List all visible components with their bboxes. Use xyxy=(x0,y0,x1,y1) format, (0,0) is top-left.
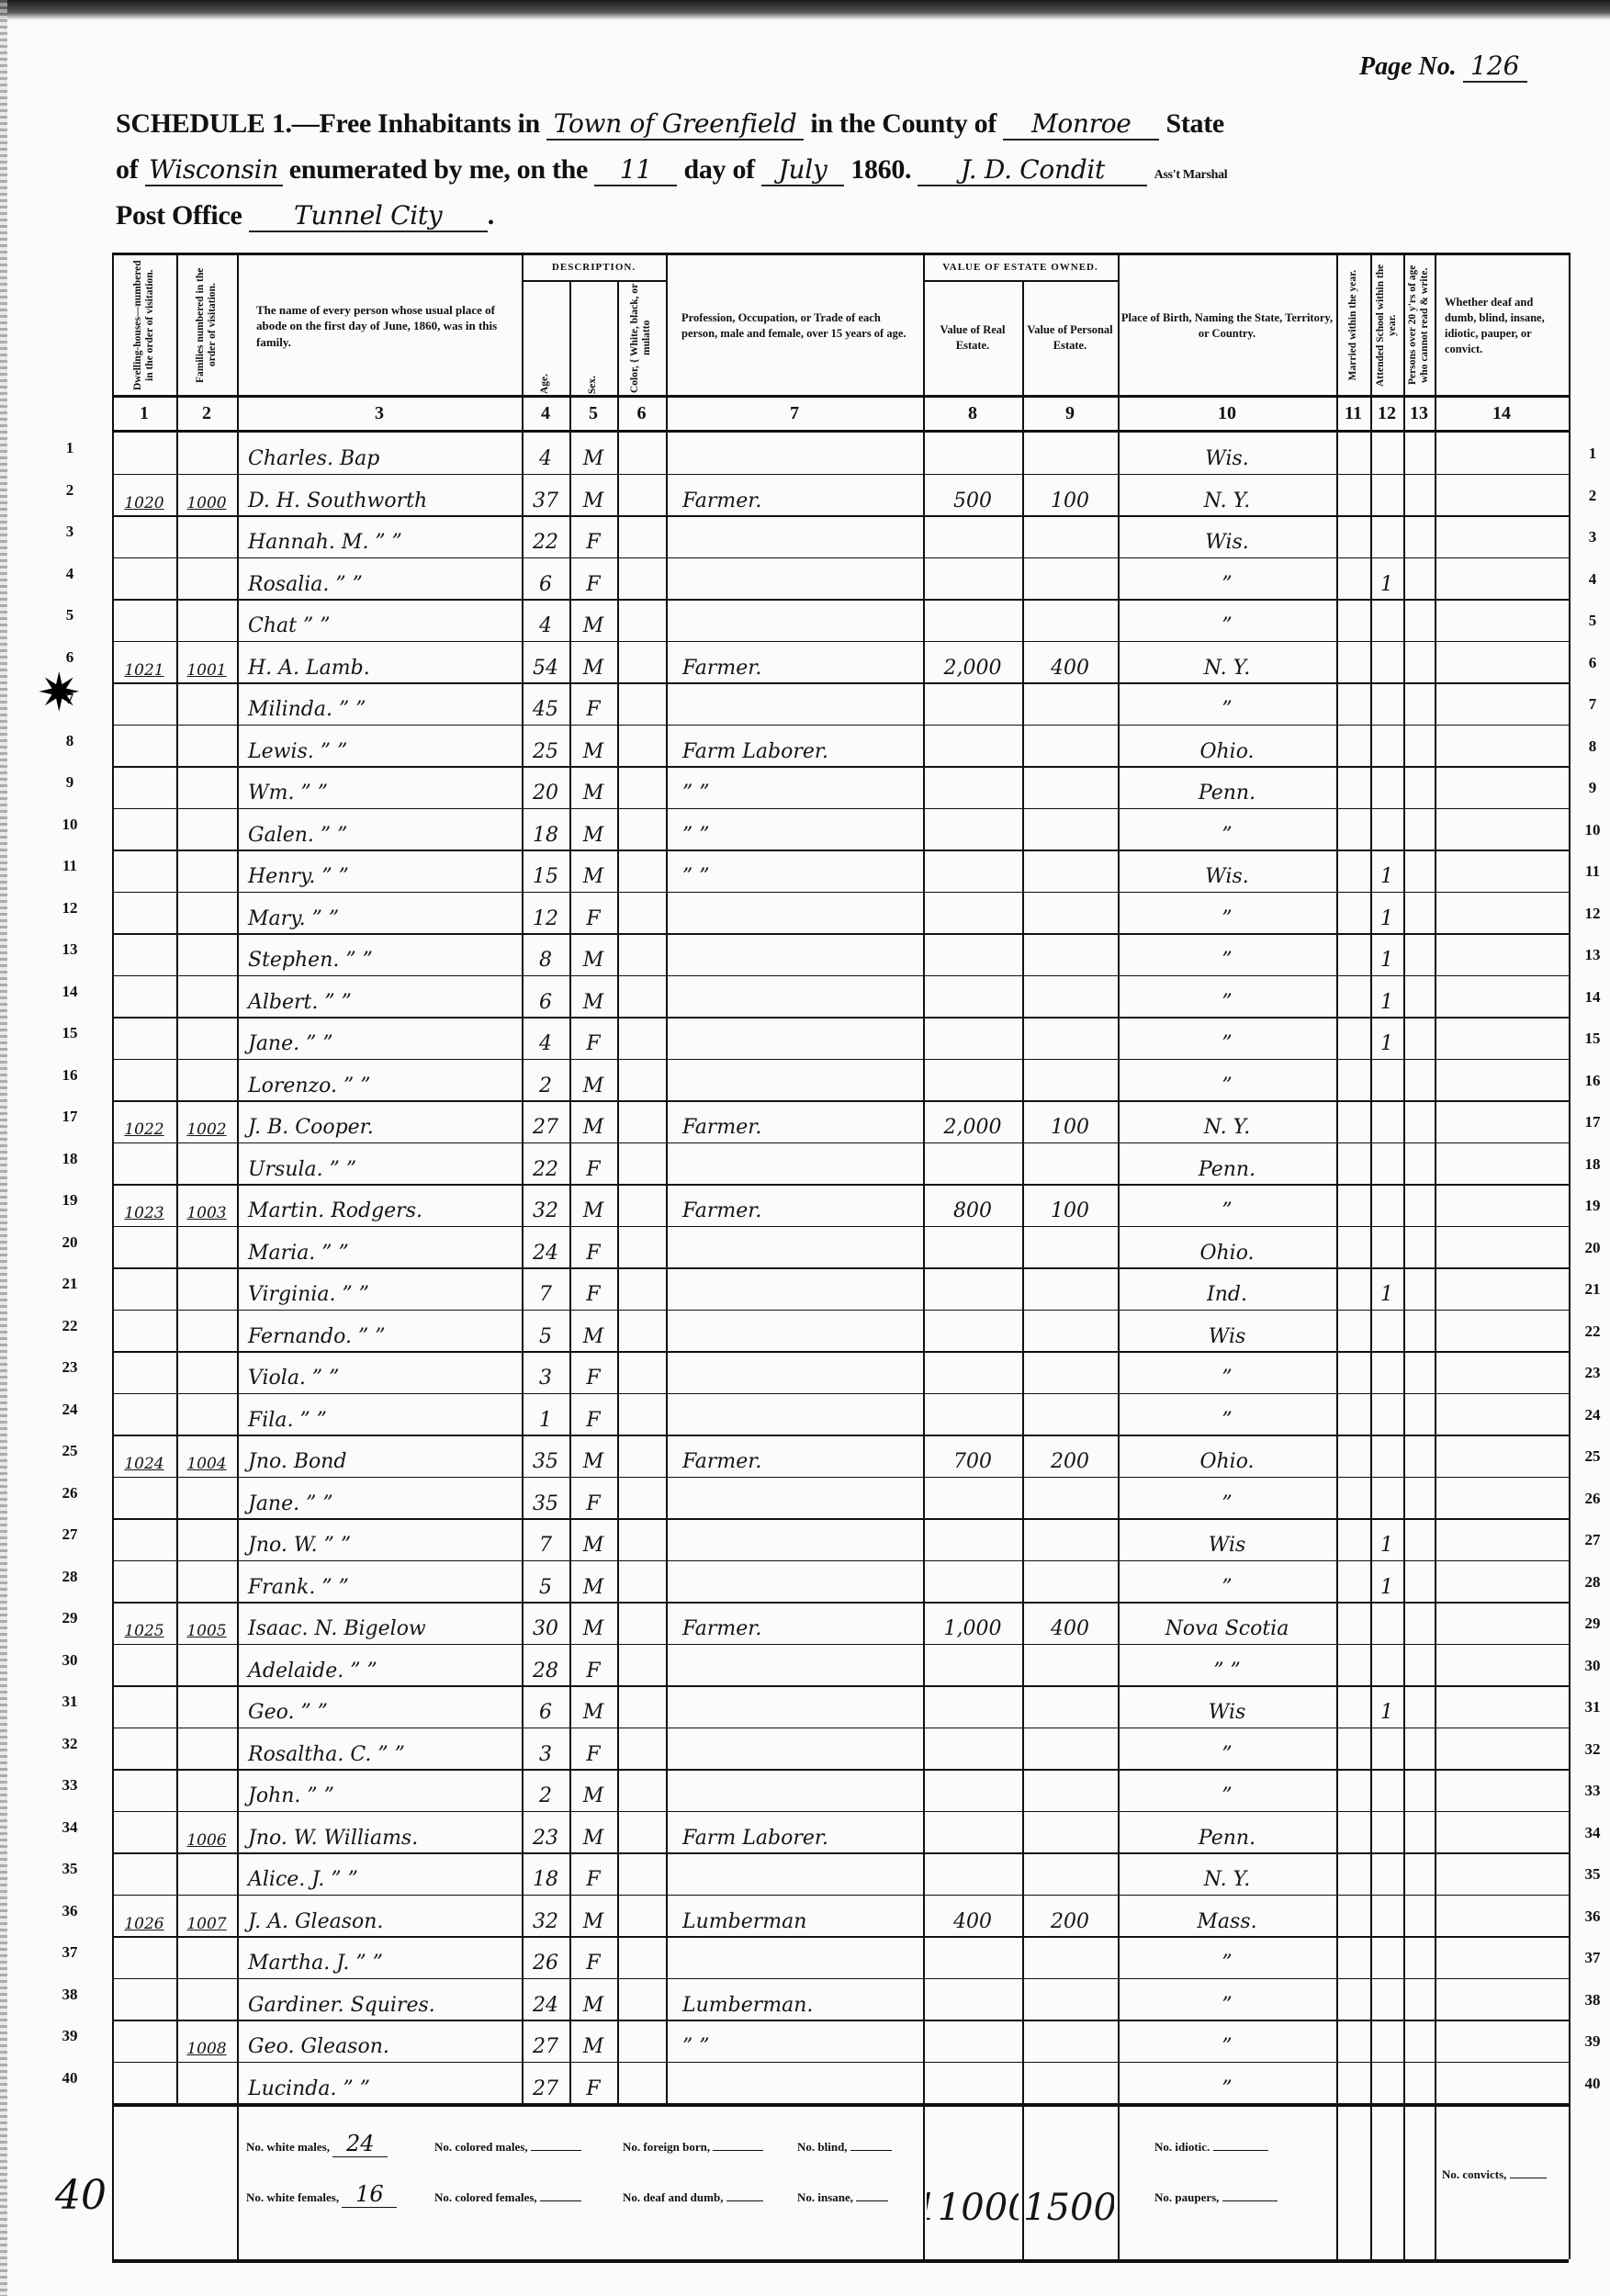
attended-school xyxy=(1374,432,1400,473)
row-number-right: 24 xyxy=(1574,1406,1610,1424)
row-number-right: 4 xyxy=(1574,570,1610,589)
census-table: Dwelling-houses—numbered in the order of… xyxy=(112,253,1569,2264)
row-number-left: 31 xyxy=(51,1693,88,1711)
birthplace: Wis. xyxy=(1121,515,1333,557)
family-number xyxy=(180,1518,233,1559)
person-name: J. A. Gleason. xyxy=(241,1895,518,1936)
row-number-right: 31 xyxy=(1574,1698,1610,1716)
occupation xyxy=(670,1310,919,1351)
attended-school xyxy=(1374,1310,1400,1351)
sex: M xyxy=(573,1895,614,1936)
dwelling-number: 1021 xyxy=(116,641,173,682)
column-rule xyxy=(176,253,178,2103)
row-number-right: 3 xyxy=(1574,528,1610,546)
birthplace: ” xyxy=(1121,1351,1333,1392)
dwelling-number xyxy=(116,892,173,933)
data-bottom-rule xyxy=(112,2103,1569,2107)
column-rule xyxy=(1118,253,1120,2103)
real-estate-value: 500 xyxy=(927,474,1019,515)
dwelling-number xyxy=(116,1769,173,1810)
birthplace: ” xyxy=(1121,1728,1333,1769)
dwelling-number xyxy=(116,1351,173,1392)
sex: F xyxy=(573,1142,614,1184)
row-number-right: 20 xyxy=(1574,1239,1610,1257)
row-number-left: 12 xyxy=(51,899,88,917)
person-name: Viola. ” ” xyxy=(241,1351,518,1392)
column-number: 13 xyxy=(1403,395,1435,432)
dwelling-number xyxy=(116,557,173,599)
person-name: J. B. Cooper. xyxy=(241,1100,518,1142)
sex: F xyxy=(573,2062,614,2103)
table-bottom-rule xyxy=(112,2259,1569,2263)
occupation xyxy=(670,1142,919,1184)
column-number: 5 xyxy=(569,395,617,432)
attended-school xyxy=(1374,682,1400,724)
sex: M xyxy=(573,1602,614,1643)
page-number: Page No. 126 xyxy=(1359,51,1527,83)
dwelling-number xyxy=(116,1728,173,1769)
family-number xyxy=(180,1059,233,1100)
person-name: Charles. Bap xyxy=(241,432,518,473)
family-number xyxy=(180,1017,233,1058)
birthplace: N. Y. xyxy=(1121,1100,1333,1142)
age: 3 xyxy=(525,1728,566,1769)
attended-school xyxy=(1374,1728,1400,1769)
row-number-right: 35 xyxy=(1574,1865,1610,1884)
dwelling-number xyxy=(116,2062,173,2103)
sex: M xyxy=(573,1560,614,1602)
attended-school xyxy=(1374,1142,1400,1184)
column-rule xyxy=(666,253,668,2103)
row-number-left: 24 xyxy=(51,1401,88,1419)
column-number: 11 xyxy=(1336,395,1370,432)
insane-count-label: No. insane, xyxy=(797,2190,853,2204)
column-rule xyxy=(1435,253,1436,2103)
header-color: Color, { White, black, or mulatto xyxy=(620,282,663,394)
real-estate-value xyxy=(927,1852,1019,1894)
person-name: Wm. ” ” xyxy=(241,766,518,807)
header-real-estate-text: Value of Real Estate. xyxy=(926,322,1019,354)
row-number-left: 33 xyxy=(51,1776,88,1795)
occupation: Farmer. xyxy=(670,641,919,682)
real-estate-value xyxy=(927,933,1019,974)
summary-rule xyxy=(1435,2103,1436,2259)
insane-count: No. insane, xyxy=(797,2190,888,2205)
person-name: Jno. W. Williams. xyxy=(241,1811,518,1852)
foreign-born-count: No. foreign born, xyxy=(623,2140,763,2155)
column-rule xyxy=(112,253,114,2103)
deaf-dumb-count: No. deaf and dumb, xyxy=(623,2190,763,2205)
family-number xyxy=(180,1728,233,1769)
header-disability: Whether deaf and dumb, blind, insane, id… xyxy=(1437,257,1566,395)
column-rule xyxy=(923,253,925,2103)
personal-estate-value xyxy=(1026,1936,1114,1977)
person-name: Jno. W. ” ” xyxy=(241,1518,518,1559)
family-number xyxy=(180,975,233,1017)
dwelling-number xyxy=(116,1811,173,1852)
sex: M xyxy=(573,1769,614,1810)
colored-females-count-label: No. colored females, xyxy=(434,2190,537,2204)
personal-estate-value xyxy=(1026,1477,1114,1518)
person-name: Hannah. M. ” ” xyxy=(241,515,518,557)
year-label: 1860. xyxy=(850,154,911,185)
dwelling-number xyxy=(116,1852,173,1894)
birthplace: N. Y. xyxy=(1121,474,1333,515)
personal-estate-value xyxy=(1026,1978,1114,2020)
row-number-left: 17 xyxy=(51,1108,88,1126)
personal-estate-value xyxy=(1026,1769,1114,1810)
personal-estate-value: 100 xyxy=(1026,1100,1114,1142)
attended-school xyxy=(1374,2020,1400,2061)
real-estate-value xyxy=(927,1936,1019,1977)
attended-school: 1 xyxy=(1374,557,1400,599)
family-number xyxy=(180,1769,233,1810)
birthplace: ” xyxy=(1121,808,1333,850)
personal-estate-total: 1500 xyxy=(1026,2167,1114,2232)
dwelling-number xyxy=(116,766,173,807)
row-number-right: 28 xyxy=(1574,1573,1610,1592)
column-rule xyxy=(522,253,524,2103)
occupation: Farmer. xyxy=(670,1100,919,1142)
sex: F xyxy=(573,1351,614,1392)
row-number-left: 25 xyxy=(51,1442,88,1460)
header-age: Age. xyxy=(524,282,567,394)
real-estate-value xyxy=(927,1267,1019,1309)
attended-school xyxy=(1374,1978,1400,2020)
family-number xyxy=(180,682,233,724)
row-number-left: 40 xyxy=(51,2069,88,2088)
summary-rule xyxy=(1118,2103,1120,2259)
family-number: 1006 xyxy=(180,1811,233,1852)
occupation xyxy=(670,1728,919,1769)
row-number-right: 33 xyxy=(1574,1782,1610,1800)
personal-estate-value xyxy=(1026,1310,1114,1351)
occupation xyxy=(670,557,919,599)
real-estate-value xyxy=(927,808,1019,850)
row-number-right: 30 xyxy=(1574,1657,1610,1675)
personal-estate-value xyxy=(1026,515,1114,557)
row-number-left: 29 xyxy=(51,1609,88,1627)
real-estate-total: 11000 xyxy=(927,2167,1019,2232)
family-number: 1005 xyxy=(180,1602,233,1643)
white-females-count: No. white females, 16 xyxy=(246,2181,397,2208)
foreign-born-count-value xyxy=(713,2150,763,2151)
column-number: 3 xyxy=(237,395,522,432)
age: 24 xyxy=(525,1226,566,1267)
town-field: Town of Greenfield xyxy=(546,108,804,141)
age: 25 xyxy=(525,725,566,766)
person-name: Adelaide. ” ” xyxy=(241,1644,518,1685)
occupation xyxy=(670,1393,919,1435)
row-number-right: 39 xyxy=(1574,2032,1610,2051)
row-number-left: 13 xyxy=(51,940,88,959)
row-number-right: 40 xyxy=(1574,2075,1610,2093)
personal-estate-value: 100 xyxy=(1026,1184,1114,1225)
summary-rule xyxy=(112,2103,114,2259)
occupation xyxy=(670,599,919,640)
real-estate-value xyxy=(927,432,1019,473)
age: 12 xyxy=(525,892,566,933)
row-number-right: 18 xyxy=(1574,1155,1610,1174)
column-number: 6 xyxy=(617,395,666,432)
personal-estate-value xyxy=(1026,1393,1114,1435)
column-rule xyxy=(617,280,619,2103)
sex: M xyxy=(573,725,614,766)
family-number xyxy=(180,1267,233,1309)
header-dwelling: Dwelling-houses—numbered in the order of… xyxy=(115,257,174,393)
occupation xyxy=(670,975,919,1017)
age: 7 xyxy=(525,1518,566,1559)
person-name: Albert. ” ” xyxy=(241,975,518,1017)
row-number-left: 18 xyxy=(51,1150,88,1168)
header-married-text: Married within the year. xyxy=(1347,270,1359,380)
row-number-right: 32 xyxy=(1574,1740,1610,1759)
post-office-label: Post Office xyxy=(116,200,242,231)
birthplace: Penn. xyxy=(1121,1142,1333,1184)
attended-school: 1 xyxy=(1374,1267,1400,1309)
row-number-left: 28 xyxy=(51,1568,88,1586)
age: 22 xyxy=(525,1142,566,1184)
occupation: Lumberman. xyxy=(670,1978,919,2020)
person-name: Lorenzo. ” ” xyxy=(241,1059,518,1100)
colored-males-count: No. colored males, xyxy=(434,2140,581,2155)
real-estate-value xyxy=(927,1728,1019,1769)
personal-estate-value xyxy=(1026,682,1114,724)
birthplace: ” xyxy=(1121,892,1333,933)
colored-males-count-value xyxy=(531,2150,581,2151)
family-number xyxy=(180,1142,233,1184)
colored-females-count: No. colored females, xyxy=(434,2190,581,2205)
person-name: Jno. Bond xyxy=(241,1435,518,1476)
person-name: Lewis. ” ” xyxy=(241,725,518,766)
sex: F xyxy=(573,515,614,557)
family-number xyxy=(180,557,233,599)
person-name: Henry. ” ” xyxy=(241,850,518,891)
family-number: 1002 xyxy=(180,1100,233,1142)
real-estate-value xyxy=(927,1017,1019,1058)
family-number xyxy=(180,766,233,807)
row-number-left: 20 xyxy=(51,1233,88,1252)
occupation: ” ” xyxy=(670,2020,919,2061)
sex: F xyxy=(573,1477,614,1518)
dwelling-number: 1024 xyxy=(116,1435,173,1476)
family-number xyxy=(180,2062,233,2103)
foreign-born-count-label: No. foreign born, xyxy=(623,2140,710,2154)
row-number-left: 14 xyxy=(51,983,88,1001)
dwelling-number xyxy=(116,432,173,473)
birthplace: ” xyxy=(1121,599,1333,640)
header-estate-group: VALUE OF ESTATE OWNED. xyxy=(926,254,1115,280)
header-personal-estate-text: Value of Personal Estate. xyxy=(1025,322,1115,354)
attended-school xyxy=(1374,808,1400,850)
sex: M xyxy=(573,1518,614,1559)
birthplace: Wis. xyxy=(1121,432,1333,473)
attended-school xyxy=(1374,1644,1400,1685)
attended-school xyxy=(1374,515,1400,557)
insane-count-value xyxy=(856,2200,888,2201)
occupation xyxy=(670,682,919,724)
row-number-right: 7 xyxy=(1574,695,1610,714)
header-school: Attended School within the year. xyxy=(1373,257,1401,393)
real-estate-value xyxy=(927,1644,1019,1685)
person-name: Fila. ” ” xyxy=(241,1393,518,1435)
row-number-right: 9 xyxy=(1574,779,1610,797)
personal-estate-value xyxy=(1026,975,1114,1017)
age: 24 xyxy=(525,1978,566,2020)
column-rule xyxy=(1022,280,1024,2103)
occupation xyxy=(670,1518,919,1559)
person-name: Alice. J. ” ” xyxy=(241,1852,518,1894)
birthplace: Ohio. xyxy=(1121,725,1333,766)
sex: F xyxy=(573,892,614,933)
header-dwelling-text: Dwelling-houses—numbered in the order of… xyxy=(132,257,156,393)
attended-school: 1 xyxy=(1374,850,1400,891)
birthplace: Wis xyxy=(1121,1685,1333,1727)
age: 37 xyxy=(525,474,566,515)
header-description-group-text: DESCRIPTION. xyxy=(552,261,636,275)
age: 20 xyxy=(525,766,566,807)
blind-count: No. blind, xyxy=(797,2140,892,2155)
blind-count-value xyxy=(850,2150,892,2151)
personal-estate-value xyxy=(1026,766,1114,807)
sex: M xyxy=(573,1310,614,1351)
personal-estate-value xyxy=(1026,432,1114,473)
row-number-right: 26 xyxy=(1574,1490,1610,1508)
person-name: Stephen. ” ” xyxy=(241,933,518,974)
summary-rule xyxy=(1569,2103,1571,2259)
row-number-right: 11 xyxy=(1574,862,1610,881)
sex: M xyxy=(573,1685,614,1727)
post-office-line: Post Office Tunnel City. xyxy=(116,200,494,232)
row-number-left: 21 xyxy=(51,1275,88,1293)
dwelling-number xyxy=(116,1142,173,1184)
page-number-label: Page No. xyxy=(1359,52,1457,81)
sex: M xyxy=(573,1435,614,1476)
person-name: Geo. Gleason. xyxy=(241,2020,518,2061)
personal-estate-value xyxy=(1026,1017,1114,1058)
occupation xyxy=(670,515,919,557)
attended-school: 1 xyxy=(1374,1518,1400,1559)
row-number-right: 38 xyxy=(1574,1991,1610,2009)
occupation: Lumberman xyxy=(670,1895,919,1936)
person-name: Frank. ” ” xyxy=(241,1560,518,1602)
attended-school xyxy=(1374,1852,1400,1894)
dwelling-number xyxy=(116,1477,173,1518)
dwelling-number: 1025 xyxy=(116,1602,173,1643)
attended-school xyxy=(1374,474,1400,515)
occupation xyxy=(670,1267,919,1309)
header-description-group: DESCRIPTION. xyxy=(524,254,663,280)
age: 27 xyxy=(525,2020,566,2061)
sex: F xyxy=(573,682,614,724)
dwelling-number xyxy=(116,1267,173,1309)
blind-count-label: No. blind, xyxy=(797,2140,848,2154)
row-number-right: 10 xyxy=(1574,821,1610,839)
row-number-right: 25 xyxy=(1574,1447,1610,1466)
table-top-rule xyxy=(112,253,1569,255)
attended-school xyxy=(1374,1184,1400,1225)
occupation xyxy=(670,933,919,974)
occupation xyxy=(670,1017,919,1058)
family-number xyxy=(180,1852,233,1894)
occupation xyxy=(670,1936,919,1977)
header-birthplace-text: Place of Birth, Naming the State, Territ… xyxy=(1120,310,1334,342)
age: 45 xyxy=(525,682,566,724)
real-estate-value: 1,000 xyxy=(927,1602,1019,1643)
personal-estate-value xyxy=(1026,933,1114,974)
schedule-title: SCHEDULE 1.—Free Inhabitants in xyxy=(116,108,540,139)
age: 32 xyxy=(525,1895,566,1936)
dwelling-number xyxy=(116,808,173,850)
real-estate-value xyxy=(927,2062,1019,2103)
age: 27 xyxy=(525,1100,566,1142)
age: 6 xyxy=(525,975,566,1017)
sex: M xyxy=(573,1811,614,1852)
dwelling-number xyxy=(116,1644,173,1685)
attended-school xyxy=(1374,2062,1400,2103)
attended-school xyxy=(1374,1895,1400,1936)
dwelling-number xyxy=(116,1685,173,1727)
attended-school: 1 xyxy=(1374,1560,1400,1602)
age: 2 xyxy=(525,1769,566,1810)
attended-school xyxy=(1374,1477,1400,1518)
family-number xyxy=(180,892,233,933)
column-rule xyxy=(1569,253,1571,2103)
row-number-left: 11 xyxy=(51,857,88,875)
personal-estate-value xyxy=(1026,808,1114,850)
column-number: 10 xyxy=(1118,395,1336,432)
real-estate-value xyxy=(927,2020,1019,2061)
white-males-count-label: No. white males, xyxy=(246,2140,330,2154)
row-number-left: 27 xyxy=(51,1525,88,1544)
row-number-left: 35 xyxy=(51,1860,88,1878)
row-number-left: 37 xyxy=(51,1943,88,1962)
white-females-count-value: 16 xyxy=(342,2181,397,2208)
real-estate-value xyxy=(927,1811,1019,1852)
person-name: Galen. ” ” xyxy=(241,808,518,850)
family-number: 1007 xyxy=(180,1895,233,1936)
family-number xyxy=(180,1351,233,1392)
row-number-right: 5 xyxy=(1574,612,1610,630)
marshal-label: Ass't Marshal xyxy=(1154,168,1228,182)
birthplace: ” xyxy=(1121,933,1333,974)
person-name: Mary. ” ” xyxy=(241,892,518,933)
real-estate-value xyxy=(927,515,1019,557)
sex: M xyxy=(573,808,614,850)
state-field: Wisconsin xyxy=(145,154,283,186)
sex: F xyxy=(573,1644,614,1685)
header-personal-estate: Value of Personal Estate. xyxy=(1025,282,1115,394)
sex: M xyxy=(573,432,614,473)
family-number xyxy=(180,1936,233,1977)
occupation xyxy=(670,1059,919,1100)
attended-school xyxy=(1374,1936,1400,1977)
sex: M xyxy=(573,766,614,807)
real-estate-value xyxy=(927,599,1019,640)
family-number xyxy=(180,1644,233,1685)
sex: F xyxy=(573,1936,614,1977)
row-number-left: 3 xyxy=(51,523,88,541)
occupation xyxy=(670,432,919,473)
idiotic-count-value xyxy=(1213,2150,1268,2151)
attended-school: 1 xyxy=(1374,933,1400,974)
real-estate-value: 2,000 xyxy=(927,641,1019,682)
post-office-field: Tunnel City xyxy=(249,200,488,232)
age: 1 xyxy=(525,1393,566,1435)
family-number xyxy=(180,1685,233,1727)
real-estate-value xyxy=(927,1310,1019,1351)
page-number-value: 126 xyxy=(1463,51,1527,83)
